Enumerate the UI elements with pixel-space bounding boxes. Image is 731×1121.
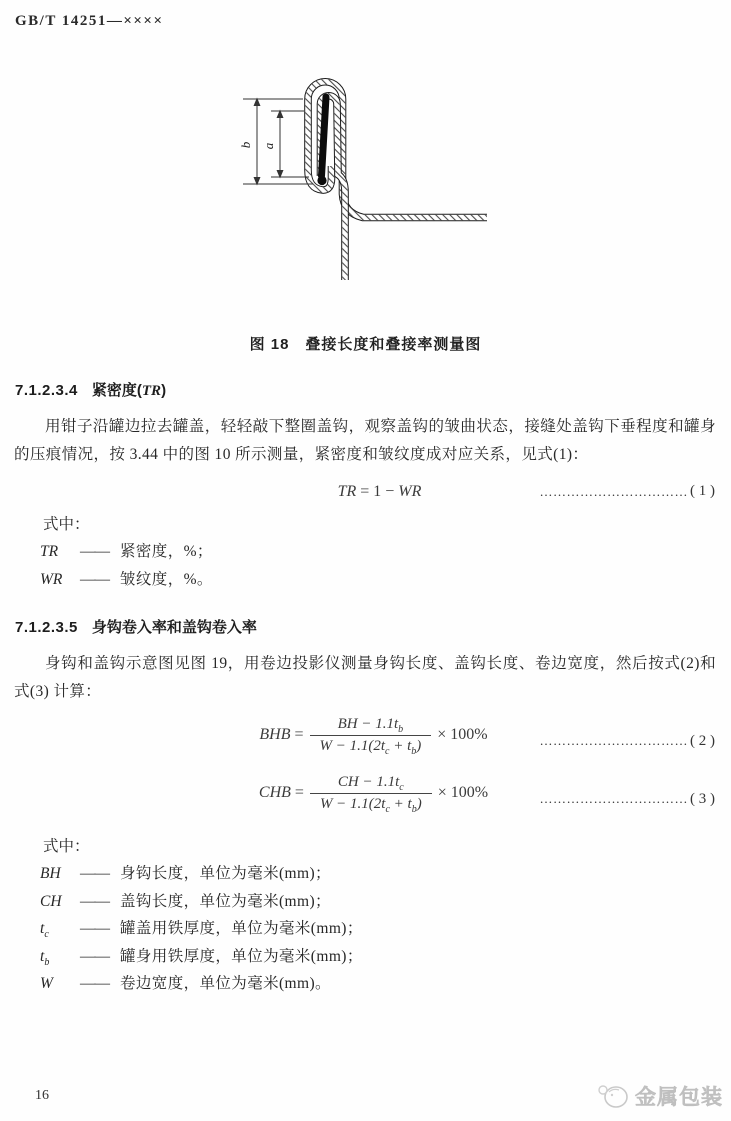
def-dash: —— <box>80 860 120 888</box>
def-dash: —— <box>80 566 120 594</box>
def-symbol: WR <box>40 566 80 594</box>
equation-3: CHB = CH − 1.1tcW − 1.1(2tc + tb) × 100%… <box>0 774 731 824</box>
standard-number: GB/T 14251—×××× <box>0 0 731 30</box>
dim-label-b: b <box>241 141 253 148</box>
equation-number: ( 3 ) <box>690 791 715 808</box>
def-dash: —— <box>80 943 120 971</box>
paragraph-tightness: 用钳子沿罐边拉去罐盖，轻轻敲下整圈盖钩，观察盖钩的皱曲状态，接缝处盖钩下垂程度和… <box>14 413 716 469</box>
definition-row: tb —— 罐身用铁厚度，单位为毫米(mm)； <box>40 943 731 971</box>
eq2-equals: = <box>290 726 307 743</box>
def-dash: —— <box>80 538 120 566</box>
section-title-close: ) <box>161 382 166 399</box>
def-symbol: TR <box>40 538 80 566</box>
def-dash: —— <box>80 888 120 916</box>
eq3-equals: = <box>291 784 308 801</box>
eq1-var-wr: WR <box>398 483 421 500</box>
eq2-fraction: BH − 1.1tbW − 1.1(2tc + tb) <box>310 716 432 755</box>
definition-row: TR —— 紧密度，%； <box>40 538 731 566</box>
paragraph-hooks: 身钩和盖钩示意图见图 19，用卷边投影仪测量身钩长度、盖钩长度、卷边宽度，然后按… <box>14 650 716 706</box>
leader-dots: …………………………… <box>540 791 689 807</box>
equation-number: ( 2 ) <box>690 733 715 750</box>
leader-dots: …………………………… <box>540 733 689 749</box>
eq3-fraction: CH − 1.1tcW − 1.1(2tc + tb) <box>310 774 432 813</box>
def-dash: —— <box>80 970 120 998</box>
def-desc: 身钩长度，单位为毫米(mm)； <box>120 860 731 888</box>
figure-18: b a <box>0 66 731 311</box>
def-desc: 罐盖用铁厚度，单位为毫米(mm)； <box>120 915 731 943</box>
dimension-lines <box>243 99 313 184</box>
dim-label-a: a <box>261 142 276 149</box>
definition-row: CH —— 盖钩长度，单位为毫米(mm)； <box>40 888 731 916</box>
section-number: 7.1.2.3.5 <box>15 619 78 636</box>
equation-number: ( 1 ) <box>690 478 715 505</box>
metal-packaging-logo-icon <box>595 1082 631 1110</box>
def-desc: 盖钩长度，单位为毫米(mm)； <box>120 888 731 916</box>
eq1-var-tr: TR <box>338 483 357 500</box>
section-number: 7.1.2.3.4 <box>15 382 78 399</box>
section-heading-7-1-2-3-5: 7.1.2.3.5身钩卷入率和盖钩卷入率 <box>15 616 731 637</box>
eq3-times: × 100% <box>434 784 488 801</box>
eq2-lhs: BHB <box>259 726 290 743</box>
seam-cross-section <box>308 82 487 280</box>
eq1-mid: = 1 − <box>356 483 398 500</box>
section-title: 紧密度( <box>92 382 142 399</box>
def-desc: 卷边宽度，单位为毫米(mm)。 <box>120 970 731 998</box>
where-label: 式中： <box>43 834 731 860</box>
def-symbol: W <box>40 970 80 998</box>
figure-caption: 图 18 叠接长度和叠接率测量图 <box>0 333 731 354</box>
section-heading-7-1-2-3-4: 7.1.2.3.4紧密度(TR) <box>15 379 731 400</box>
def-desc: 罐身用铁厚度，单位为毫米(mm)； <box>120 943 731 971</box>
seam-diagram: b a <box>241 66 491 306</box>
def-desc: 皱纹度，%。 <box>120 566 731 594</box>
section-title-var: TR <box>142 383 161 399</box>
def-symbol: tb <box>40 943 80 971</box>
def-desc: 紧密度，%； <box>120 538 731 566</box>
leader-dots: …………………………… <box>540 478 689 505</box>
eq3-lhs: CHB <box>259 784 291 801</box>
definition-row: tc —— 罐盖用铁厚度，单位为毫米(mm)； <box>40 915 731 943</box>
equation-2: BHB = BH − 1.1tbW − 1.1(2tc + tb) × 100%… <box>0 716 731 766</box>
def-symbol: BH <box>40 860 80 888</box>
watermark-text: 金属包装 <box>635 1081 723 1111</box>
watermark: 金属包装 <box>595 1081 723 1111</box>
definition-row: W —— 卷边宽度，单位为毫米(mm)。 <box>40 970 731 998</box>
def-dash: —— <box>80 915 120 943</box>
eq2-times: × 100% <box>433 726 487 743</box>
page-number: 16 <box>35 1088 49 1104</box>
equation-1: TR = 1 − WR ……………………………( 1 ) <box>0 478 731 505</box>
def-symbol: tc <box>40 915 80 943</box>
section-title: 身钩卷入率和盖钩卷入率 <box>92 619 257 636</box>
def-symbol: CH <box>40 888 80 916</box>
where-label: 式中： <box>43 512 731 538</box>
document-page: GB/T 14251—×××× <box>0 0 731 1121</box>
definition-row: BH —— 身钩长度，单位为毫米(mm)； <box>40 860 731 888</box>
definition-row: WR —— 皱纹度，%。 <box>40 566 731 594</box>
